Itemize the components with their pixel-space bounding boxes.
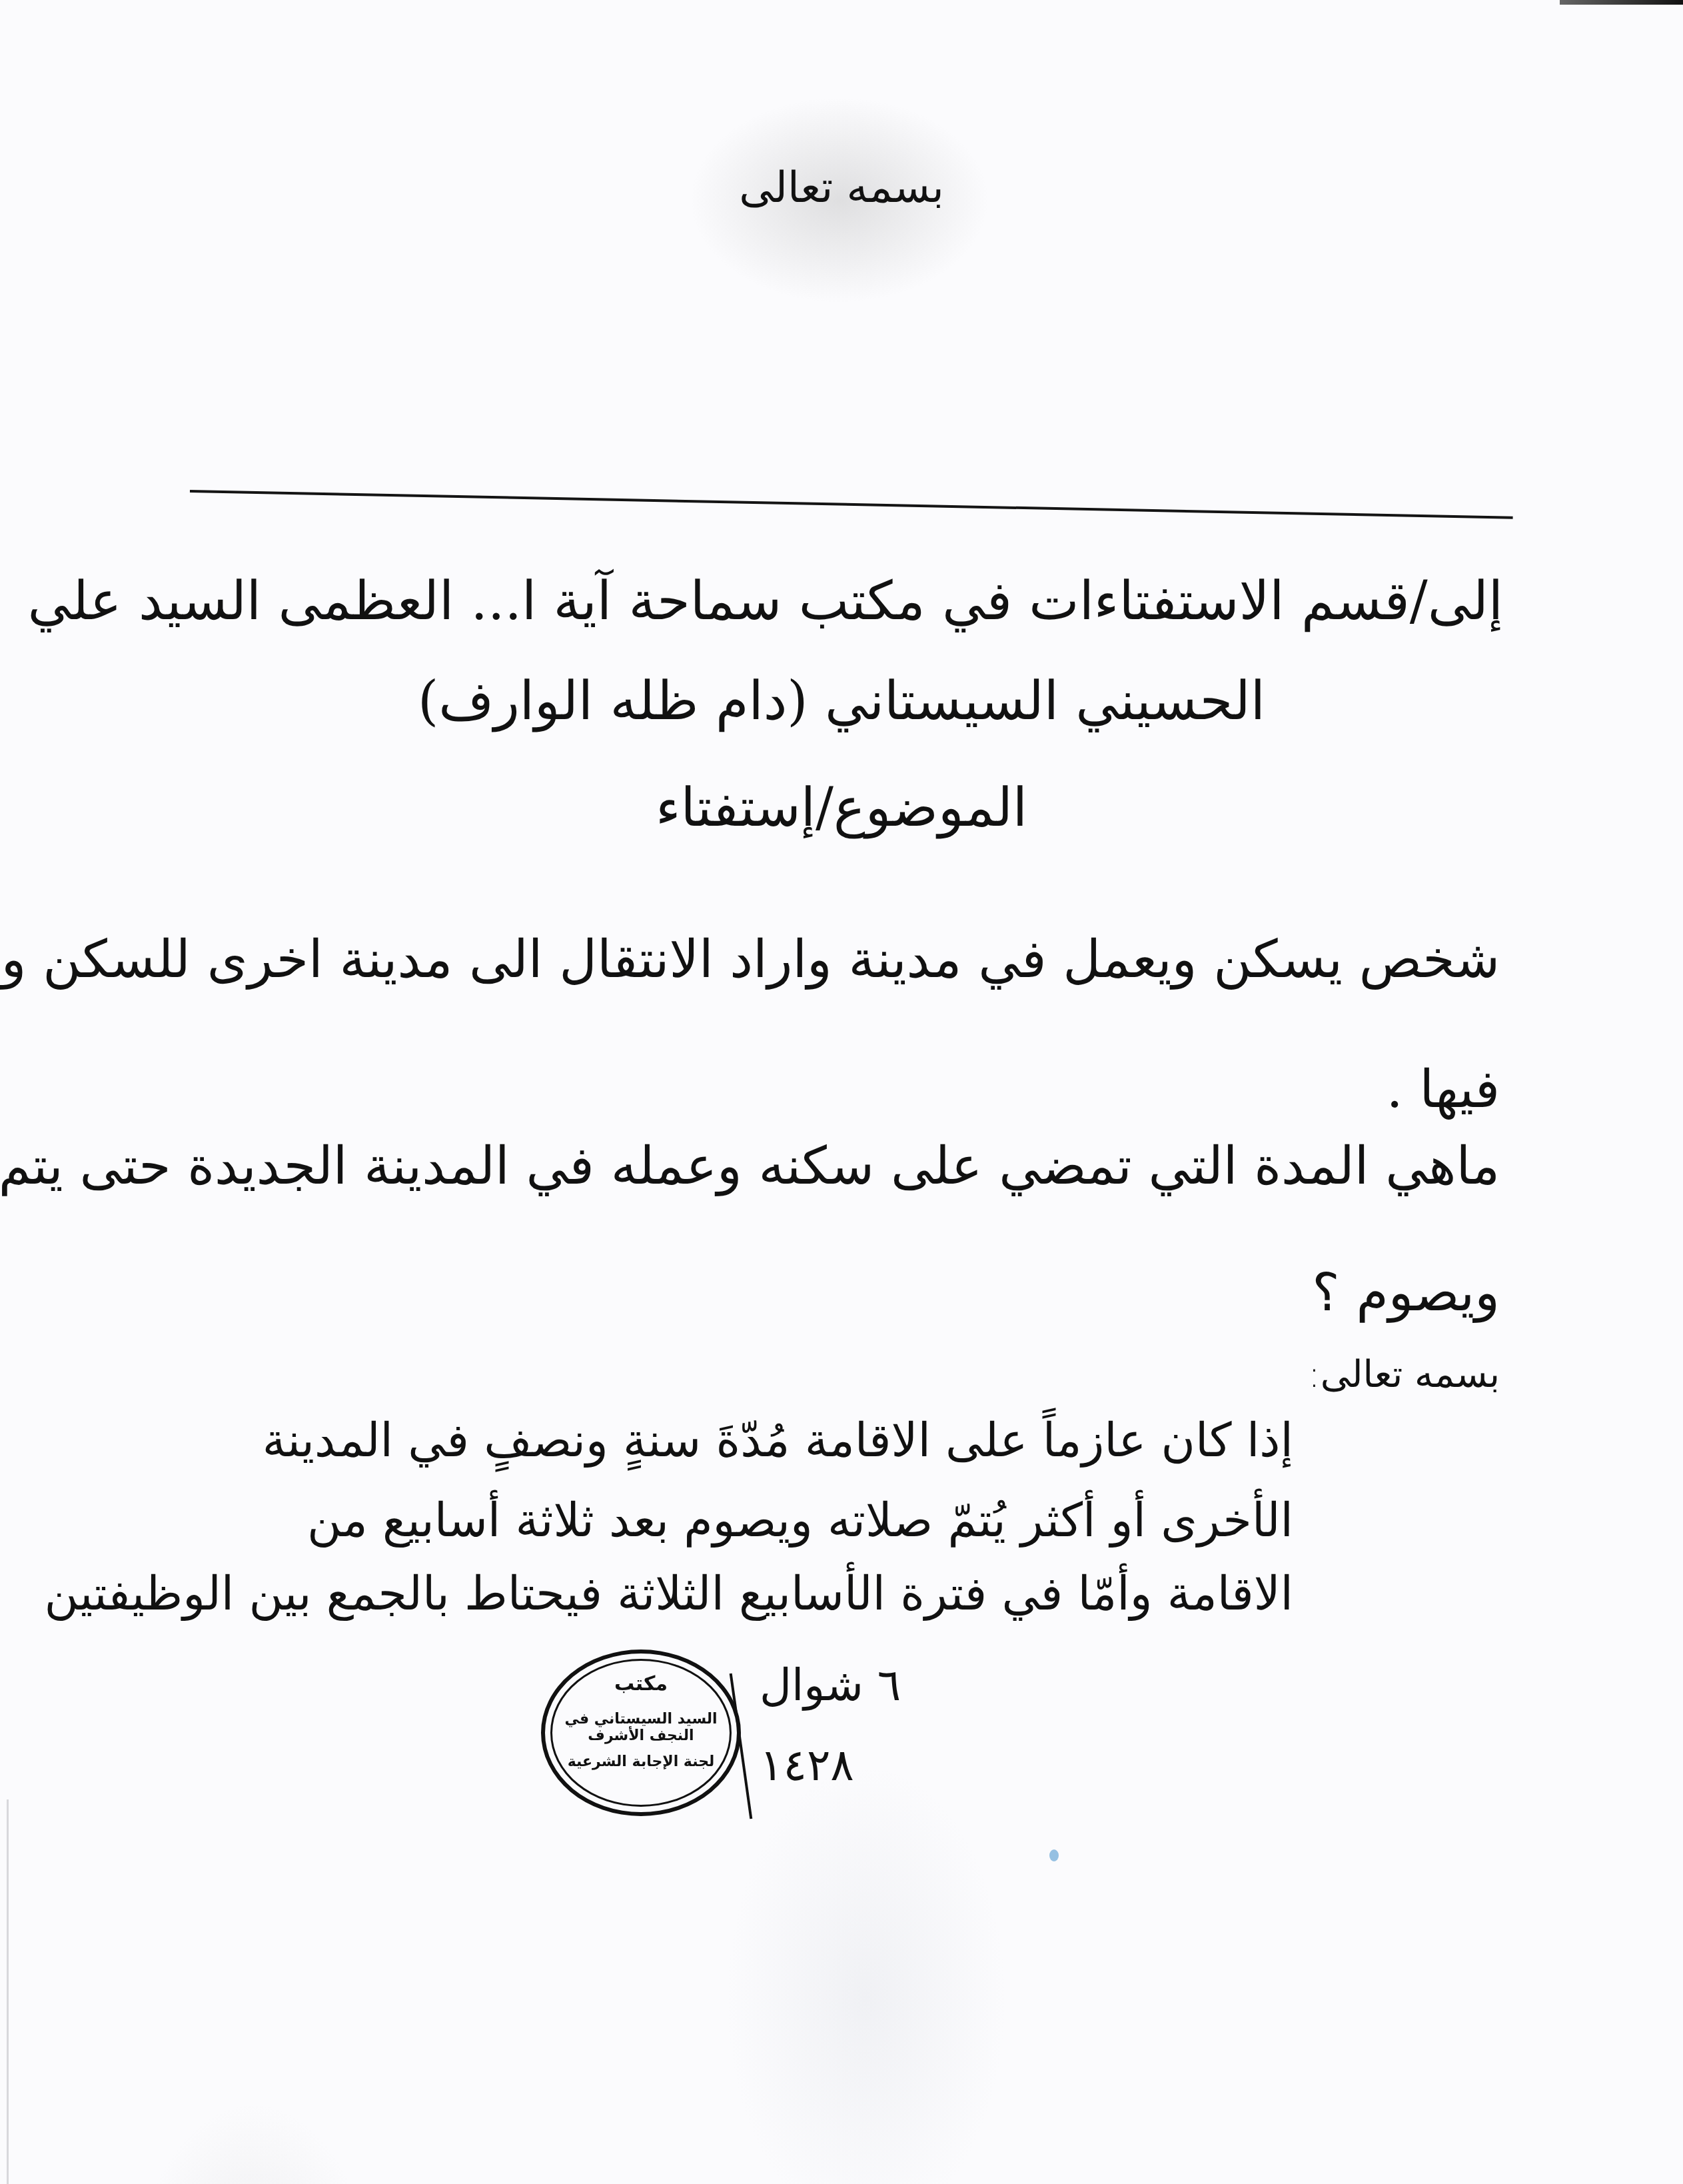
- date-day-month: ٦ شوال: [760, 1659, 901, 1711]
- addressee-line-2: الحسيني السيستاني (دام ظله الوارف): [0, 670, 1683, 732]
- office-seal-stamp: مكتب السيد السيستاني في النجف الأشرف لجن…: [541, 1649, 741, 1816]
- date-year: ١٤٢٨: [760, 1739, 854, 1791]
- scan-edge-artifact: [1560, 0, 1683, 5]
- stamp-text-1: مكتب: [545, 1672, 737, 1695]
- question-line-2: فيها .: [1387, 1060, 1500, 1120]
- subject-line: الموضوع/إستفتاء: [0, 776, 1683, 838]
- horizontal-rule: [190, 490, 1513, 519]
- question-line-4: ويصوم ؟: [1312, 1263, 1500, 1323]
- answer-line-2: الأخرى أو أكثر يُتمّ صلاته ويصوم بعد ثلا…: [307, 1493, 1293, 1548]
- addressee-line-1: إلى/قسم الاستفتاءات في مكتب سماحة آية ا.…: [28, 570, 1503, 632]
- answer-line-1: إذا كان عازماً على الاقامة مُدّةَ سنةٍ و…: [263, 1413, 1293, 1468]
- question-line-3: ماهي المدة التي تمضي على سكنه وعمله في ا…: [0, 1136, 1500, 1196]
- stamp-text-2: السيد السيستاني في النجف الأشرف: [545, 1711, 737, 1744]
- answer-line-3: الاقامة وأمّا في فترة الأسابيع الثلاثة ف…: [45, 1566, 1293, 1621]
- answer-heading: بسمه تعالى:: [1308, 1353, 1500, 1396]
- header-basmala: بسمه تعالى: [0, 163, 1683, 213]
- stamp-text-3: لجنة الإجابة الشرعية: [545, 1753, 737, 1770]
- ink-spot: [1049, 1849, 1059, 1861]
- page-edge-line: [7, 1799, 9, 2184]
- question-line-1: شخص يسكن ويعمل في مدينة واراد الانتقال ا…: [0, 930, 1500, 990]
